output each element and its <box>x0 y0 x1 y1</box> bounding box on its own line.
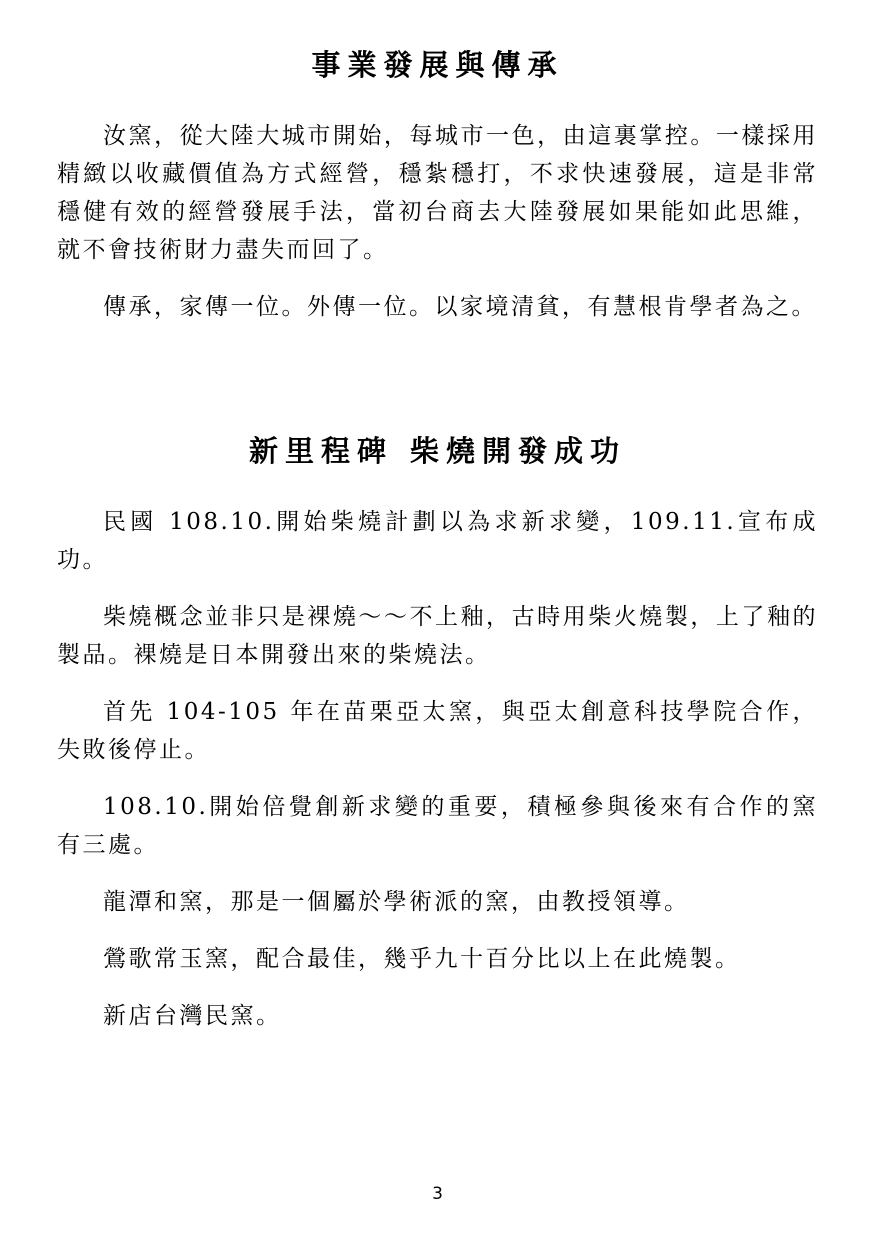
section-heading-new-milestone: 新里程碑 柴燒開發成功 <box>57 432 818 471</box>
paragraph: 柴燒概念並非只是裸燒～～不上釉，古時用柴火燒製，上了釉的製品。裸燒是日本開發出來… <box>57 598 818 674</box>
paragraph: 首先 104-105 年在苗栗亞太窯，與亞太創意科技學院合作，失敗後停止。 <box>57 693 818 769</box>
paragraph: 傳承，家傳一位。外傳一位。以家境清貧，有慧根肯學者為之。 <box>57 288 818 326</box>
paragraph: 民國 108.10.開始柴燒計劃以為求新求變，109.11.宣布成功。 <box>57 503 818 579</box>
section-heading-business-development: 事業發展與傳承 <box>57 46 818 85</box>
paragraph: 新店台灣民窯。 <box>57 997 818 1035</box>
paragraph: 108.10.開始倍覺創新求變的重要，積極參與後來有合作的窯有三處。 <box>57 788 818 864</box>
paragraph: 汝窯，從大陸大城市開始，每城市一色，由這裏掌控。一樣採用精緻以收藏價值為方式經營… <box>57 117 818 269</box>
page-number: 3 <box>0 1184 875 1204</box>
paragraph: 龍潭和窯，那是一個屬於學術派的窯，由教授領導。 <box>57 883 818 921</box>
paragraph: 鶯歌常玉窯，配合最佳，幾乎九十百分比以上在此燒製。 <box>57 940 818 978</box>
document-page: 事業發展與傳承 汝窯，從大陸大城市開始，每城市一色，由這裏掌控。一樣採用精緻以收… <box>0 0 875 1035</box>
